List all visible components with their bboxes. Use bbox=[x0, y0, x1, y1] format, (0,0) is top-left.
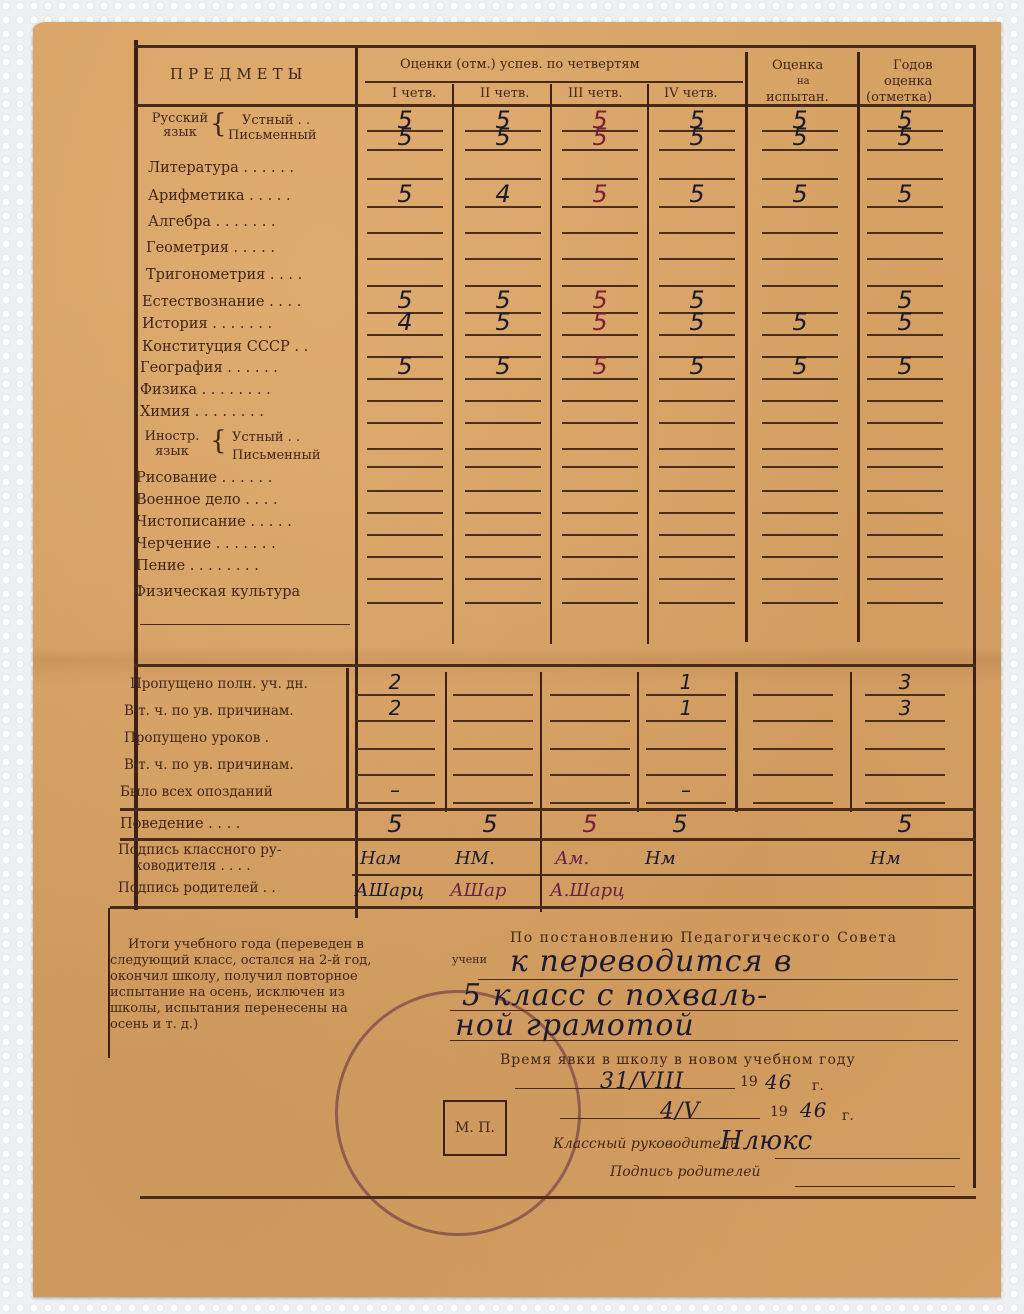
class-teacher-label: Классный руководитель bbox=[553, 1136, 737, 1152]
subject-ussr-constitution: Конституция СССР . . bbox=[142, 339, 308, 355]
attendance-cell-line bbox=[646, 720, 726, 722]
attendance-cell-line bbox=[550, 720, 630, 722]
teacher-signature-cell: Нм bbox=[645, 848, 676, 869]
results-text-6: осень и т. д.) bbox=[110, 1017, 198, 1033]
attendance-cell-line bbox=[753, 748, 833, 750]
grade-cell-line bbox=[867, 448, 943, 450]
teacher-signature-cell: Нам bbox=[360, 848, 401, 869]
grade-cell-line bbox=[465, 512, 541, 514]
grade-cell-line bbox=[762, 602, 838, 604]
attendance-cell: 3 bbox=[890, 696, 920, 720]
grade-cell-line bbox=[659, 400, 735, 402]
grade-cell-line bbox=[367, 490, 443, 492]
attendance-cell-line bbox=[646, 802, 726, 804]
attendance-cell-line bbox=[753, 694, 833, 696]
attendance-label-lateness: Было всех опозданий bbox=[120, 784, 273, 800]
attendance-col-divider-0 bbox=[346, 668, 349, 808]
subject-calligraphy: Чистописание . . . . . bbox=[136, 514, 292, 530]
subject-algebra: Алгебра . . . . . . . bbox=[148, 214, 276, 230]
grade-cell-line bbox=[367, 534, 443, 536]
grade-cell-line bbox=[367, 578, 443, 580]
grade-cell-line bbox=[762, 258, 838, 260]
grade-cell-line bbox=[659, 578, 735, 580]
grade-cell-line bbox=[659, 556, 735, 558]
quarters-header: Оценки (отм.) успев. по четвертям bbox=[400, 57, 640, 73]
grade-cell-line bbox=[659, 534, 735, 536]
attendance-top-rule bbox=[134, 664, 976, 667]
grade-cell: 5 bbox=[682, 182, 712, 206]
attendance-cell-line bbox=[453, 720, 533, 722]
grade-cell-line bbox=[562, 448, 638, 450]
attendance-label-excused-lessons: В т. ч. по ув. причинам. bbox=[124, 757, 294, 773]
date-2-year-prefix: 19 bbox=[770, 1104, 788, 1120]
subject-literature: Литература . . . . . . bbox=[148, 160, 294, 176]
grade-cell-line bbox=[562, 422, 638, 424]
quarter-1-header: I четв. bbox=[392, 86, 436, 102]
stamp-placeholder-box: М. П. bbox=[443, 1100, 507, 1156]
grade-cell-line bbox=[465, 602, 541, 604]
subject-singing: Пение . . . . . . . . bbox=[136, 558, 259, 574]
date-2-day-month: 4/V bbox=[660, 1096, 700, 1128]
grade-cell-line bbox=[762, 578, 838, 580]
subject-chemistry: Химия . . . . . . . . bbox=[140, 404, 264, 420]
results-text-3: окончил школу, получил повторное bbox=[110, 969, 358, 985]
grade-cell: 5 bbox=[488, 125, 518, 149]
attendance-col-divider-5 bbox=[850, 672, 852, 812]
conduct-bottom-rule bbox=[120, 838, 976, 841]
table-bottom-rule bbox=[110, 906, 976, 909]
subject-physics: Физика . . . . . . . . bbox=[140, 382, 271, 398]
grade-cell: 4 bbox=[390, 310, 420, 334]
stamp-placeholder-label: М. П. bbox=[455, 1120, 495, 1136]
attendance-cell-line bbox=[646, 748, 726, 750]
teacher-signature-cell: Нм bbox=[870, 848, 901, 869]
conduct-cell: 5 bbox=[665, 812, 695, 836]
teacher-signature-cell: Ам. bbox=[555, 848, 589, 869]
attendance-cell-line bbox=[453, 694, 533, 696]
grade-cell-line bbox=[659, 422, 735, 424]
grade-cell: 5 bbox=[488, 310, 518, 334]
grade-cell-line bbox=[367, 466, 443, 468]
attendance-cell-line bbox=[355, 802, 435, 804]
attendance-col-divider-2 bbox=[540, 672, 542, 912]
subject-arithmetic: Арифметика . . . . . bbox=[148, 188, 291, 204]
grade-cell-line bbox=[762, 466, 838, 468]
attendance-cell-line bbox=[865, 720, 945, 722]
grade-cell-line bbox=[465, 556, 541, 558]
student-prefix: учени bbox=[452, 952, 487, 968]
grade-cell-line bbox=[659, 466, 735, 468]
class-teacher-signature: Нлюкс bbox=[720, 1126, 812, 1156]
parent-signature-label: Подпись родителей . . bbox=[118, 880, 276, 896]
grade-cell-line bbox=[659, 258, 735, 260]
quarters-underline bbox=[365, 81, 743, 83]
grade-cell-line bbox=[762, 556, 838, 558]
col-divider-3 bbox=[647, 84, 649, 644]
grade-cell: 5 bbox=[488, 354, 518, 378]
grade-cell-line bbox=[867, 422, 943, 424]
attendance-cell-line bbox=[865, 802, 945, 804]
grade-cell: 5 bbox=[890, 310, 920, 334]
grade-cell: 5 bbox=[890, 354, 920, 378]
conduct-cell: 5 bbox=[890, 812, 920, 836]
subject-russian-oral: Устный . . bbox=[242, 113, 310, 129]
teacher-signature-label-2: ководителя . . . . bbox=[134, 858, 250, 874]
results-text-5: школы, испытания перенесены на bbox=[110, 1001, 348, 1017]
grade-cell: 5 bbox=[390, 182, 420, 206]
grade-cell-line bbox=[659, 602, 735, 604]
grade-cell-line bbox=[465, 422, 541, 424]
parents-label: Подпись родителей bbox=[610, 1164, 761, 1180]
grade-cell-line bbox=[762, 400, 838, 402]
grade-cell-line bbox=[867, 556, 943, 558]
grade-cell: 5 bbox=[785, 354, 815, 378]
grade-cell-line bbox=[659, 512, 735, 514]
attendance-cell-line bbox=[355, 720, 435, 722]
attendance-col-divider-1 bbox=[445, 672, 447, 812]
grade-cell: 5 bbox=[585, 182, 615, 206]
grade-cell-line bbox=[562, 232, 638, 234]
attendance-cell: – bbox=[380, 778, 410, 802]
col-divider-5 bbox=[857, 52, 860, 642]
grade-cell-line bbox=[867, 512, 943, 514]
attendance-cell: 1 bbox=[671, 670, 701, 694]
footer-bottom-rule bbox=[140, 1196, 976, 1199]
subject-military: Военное дело . . . . bbox=[136, 492, 278, 508]
quarter-3-header: III четв. bbox=[568, 86, 622, 102]
attendance-cell-line bbox=[753, 774, 833, 776]
grade-cell: 5 bbox=[682, 354, 712, 378]
grade-cell-line bbox=[465, 232, 541, 234]
grade-cell-line bbox=[867, 232, 943, 234]
grade-cell-line bbox=[762, 490, 838, 492]
annual-grade-header-3: (отметка) bbox=[866, 90, 932, 106]
attendance-cell-line bbox=[453, 748, 533, 750]
grade-cell-line bbox=[465, 258, 541, 260]
grade-cell-line bbox=[465, 400, 541, 402]
grade-cell: 5 bbox=[585, 125, 615, 149]
grade-cell-line bbox=[867, 466, 943, 468]
grade-cell-line bbox=[659, 490, 735, 492]
grade-cell-line bbox=[867, 578, 943, 580]
grade-cell: 5 bbox=[390, 125, 420, 149]
grade-cell: 5 bbox=[585, 354, 615, 378]
attendance-cell-line bbox=[865, 774, 945, 776]
grade-cell-line bbox=[562, 258, 638, 260]
grade-cell-line bbox=[659, 448, 735, 450]
parent-signature-cell: А.Шарц bbox=[550, 880, 625, 901]
grade-cell-line bbox=[367, 422, 443, 424]
grade-cell-line bbox=[867, 490, 943, 492]
attendance-col-divider-4 bbox=[735, 672, 738, 812]
attendance-cell-line bbox=[453, 802, 533, 804]
annual-grade-header-2: оценка bbox=[884, 74, 932, 90]
grade-cell-line bbox=[562, 466, 638, 468]
attendance-label-excused-days: В т. ч. по ув. причинам. bbox=[124, 703, 294, 719]
footer-left-border bbox=[108, 908, 110, 1058]
grade-cell-line bbox=[762, 232, 838, 234]
grade-cell: 5 bbox=[585, 310, 615, 334]
conduct-cell: 5 bbox=[380, 812, 410, 836]
subject-russian-brace: { bbox=[210, 110, 227, 138]
class-teacher-line bbox=[775, 1158, 960, 1159]
results-text-4: испытание на осень, исключен из bbox=[110, 985, 345, 1001]
grade-cell-line bbox=[867, 258, 943, 260]
grade-cell: 5 bbox=[890, 125, 920, 149]
grade-cell-line bbox=[465, 448, 541, 450]
teacher-signature-label-1: Подпись классного ру- bbox=[118, 842, 281, 858]
grade-cell-line bbox=[562, 556, 638, 558]
attendance-cell-line bbox=[550, 748, 630, 750]
grade-cell: 5 bbox=[682, 310, 712, 334]
grade-cell-line bbox=[562, 534, 638, 536]
grade-cell-line bbox=[465, 490, 541, 492]
subject-physical-education: Физическая культура bbox=[134, 584, 300, 600]
subject-history: История . . . . . . . bbox=[142, 316, 272, 332]
col-divider-1 bbox=[452, 84, 454, 644]
parent-signature-cell: АШарц bbox=[355, 880, 424, 901]
attendance-cell-line bbox=[550, 694, 630, 696]
subjects-column-divider bbox=[355, 48, 358, 918]
quarter-4-header: IV четв. bbox=[664, 86, 718, 102]
attendance-cell-line bbox=[646, 774, 726, 776]
grade-cell-line bbox=[367, 512, 443, 514]
grade-cell: 5 bbox=[390, 354, 420, 378]
results-text-1: Итоги учебного года (переведен в bbox=[128, 937, 364, 953]
attendance-cell-line bbox=[865, 748, 945, 750]
grade-cell-line bbox=[762, 512, 838, 514]
subjects-header: ПРЕДМЕТЫ bbox=[170, 66, 307, 82]
exam-grade-header-1: Оценка bbox=[772, 58, 823, 74]
attendance-cell-line bbox=[453, 774, 533, 776]
attendance-col-divider-3 bbox=[637, 672, 639, 812]
grade-cell: 5 bbox=[682, 125, 712, 149]
quarter-2-header: II четв. bbox=[480, 86, 529, 102]
grade-cell: 4 bbox=[488, 182, 518, 206]
grade-cell-line bbox=[367, 400, 443, 402]
attendance-label-missed-lessons: Пропущено уроков . bbox=[124, 730, 269, 746]
subject-foreign-language: Иностр.язык bbox=[138, 429, 206, 459]
subject-russian: Русскийязык bbox=[150, 112, 210, 140]
grade-cell-line bbox=[562, 578, 638, 580]
exam-grade-header-3: испытан. bbox=[766, 90, 829, 106]
grade-cell-line bbox=[465, 466, 541, 468]
grade-cell-line bbox=[367, 258, 443, 260]
attendance-cell: 3 bbox=[890, 670, 920, 694]
date-1-g: г. bbox=[812, 1078, 824, 1094]
date-1-day-month: 31/VIII bbox=[600, 1066, 684, 1098]
grade-cell-line bbox=[367, 448, 443, 450]
annual-grade-header-1: Годов bbox=[893, 58, 933, 74]
teacher-signature-cell: НМ. bbox=[455, 848, 495, 869]
grade-cell-line bbox=[762, 285, 838, 287]
results-text-2: следующий класс, остался на 2-й год, bbox=[110, 953, 371, 969]
exam-grade-header-2: на bbox=[797, 74, 810, 90]
attendance-cell-line bbox=[753, 720, 833, 722]
grade-cell-line bbox=[762, 534, 838, 536]
attendance-cell: 2 bbox=[380, 696, 410, 720]
conduct-cell: 5 bbox=[575, 812, 605, 836]
grade-cell-line bbox=[367, 556, 443, 558]
table-top-rule bbox=[134, 45, 976, 48]
decision-handwritten-line-3: ной грамотой bbox=[455, 1010, 695, 1042]
subject-drawing: Рисование . . . . . . bbox=[136, 470, 272, 486]
conduct-label: Поведение . . . . bbox=[120, 816, 240, 832]
attendance-cell: – bbox=[671, 778, 701, 802]
grade-cell: 5 bbox=[785, 182, 815, 206]
grade-cell-line bbox=[465, 578, 541, 580]
signatures-middle-rule bbox=[352, 874, 972, 876]
decision-line-3 bbox=[450, 1040, 958, 1041]
attendance-cell-line bbox=[550, 802, 630, 804]
parents-signature-line bbox=[795, 1186, 955, 1187]
grade-cell-line bbox=[562, 490, 638, 492]
grade-cell: 5 bbox=[890, 182, 920, 206]
grade-cell-line bbox=[465, 534, 541, 536]
decision-handwritten-line-1: к переводится в bbox=[510, 946, 792, 978]
col-divider-4 bbox=[745, 52, 748, 642]
date-2-year-suffix: 46 bbox=[800, 1094, 827, 1126]
col-divider-2 bbox=[550, 84, 552, 644]
grade-cell: 5 bbox=[785, 310, 815, 334]
subject-russian-written: Письменный bbox=[228, 128, 317, 144]
grade-cell-line bbox=[562, 400, 638, 402]
subject-foreign-written: Письменный bbox=[232, 448, 321, 464]
subject-technical-drawing: Черчение . . . . . . . bbox=[136, 536, 276, 552]
subjects-end-dashed-rule bbox=[140, 624, 350, 625]
subject-geometry: Геометрия . . . . . bbox=[146, 240, 275, 256]
subject-foreign-oral: Устный . . bbox=[232, 430, 300, 446]
grade-cell-line bbox=[867, 602, 943, 604]
subject-natural-science: Естествознание . . . . bbox=[142, 294, 301, 310]
attendance-cell-line bbox=[355, 748, 435, 750]
table-right-border bbox=[973, 48, 976, 1188]
attendance-cell: 2 bbox=[380, 670, 410, 694]
subject-geography: География . . . . . . bbox=[140, 360, 278, 376]
grade-cell-line bbox=[762, 422, 838, 424]
date-1-year-prefix: 19 bbox=[740, 1074, 758, 1090]
subject-trigonometry: Тригонометрия . . . . bbox=[146, 267, 302, 283]
grade-cell-line bbox=[659, 232, 735, 234]
conduct-cell: 5 bbox=[475, 812, 505, 836]
parent-signature-cell: АШар bbox=[450, 880, 506, 901]
grade-cell-line bbox=[562, 602, 638, 604]
attendance-cell-line bbox=[550, 774, 630, 776]
attendance-cell-line bbox=[753, 802, 833, 804]
conduct-top-rule bbox=[120, 808, 976, 811]
attendance-cell: 1 bbox=[671, 696, 701, 720]
subject-foreign-brace: { bbox=[210, 427, 227, 455]
grade-cell-line bbox=[367, 232, 443, 234]
grade-cell-line bbox=[367, 602, 443, 604]
attendance-cell-line bbox=[355, 774, 435, 776]
grade-cell: 5 bbox=[785, 125, 815, 149]
date-1-year-suffix: 46 bbox=[765, 1066, 792, 1098]
grade-cell-line bbox=[762, 448, 838, 450]
grade-cell-line bbox=[562, 512, 638, 514]
header-bottom-rule bbox=[134, 104, 976, 107]
grade-cell-line bbox=[867, 534, 943, 536]
date-2-g: г. bbox=[842, 1108, 854, 1124]
grade-cell-line bbox=[867, 400, 943, 402]
attendance-label-missed-days: Пропущено полн. уч. дн. bbox=[130, 676, 308, 692]
